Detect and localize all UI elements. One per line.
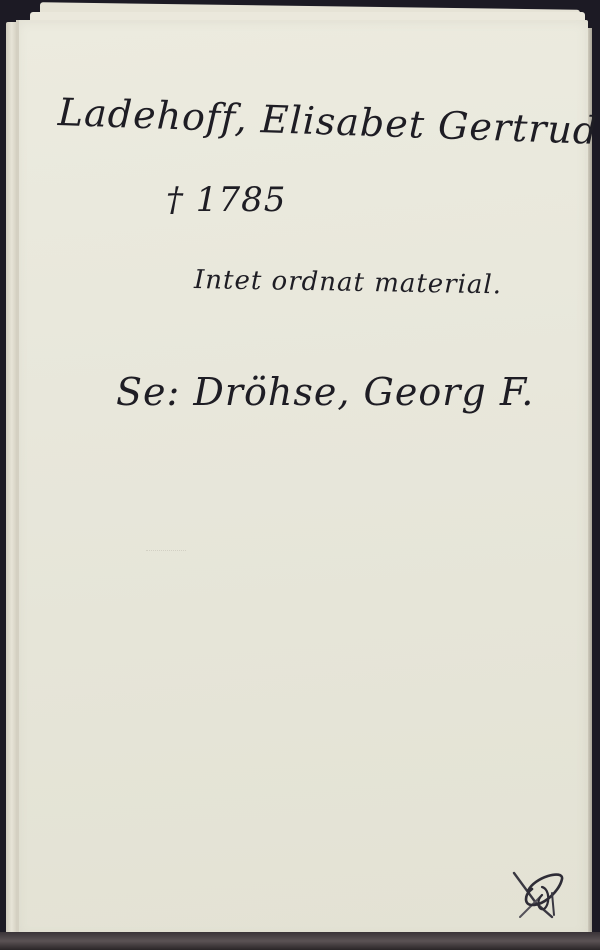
card-death-year-line: † 1785 (166, 180, 286, 220)
card-edge (16, 20, 19, 938)
index-card: Ladehoff, Elisabet Gertrud † 1785 Intet … (16, 20, 588, 938)
card-cross-reference-line: Se: Dröhse, Georg F. (116, 370, 534, 414)
scanner-background-strip (0, 932, 600, 950)
handwritten-monogram-icon (506, 865, 576, 925)
faint-pencil-mark (146, 540, 186, 551)
card-name-line: Ladehoff, Elisabet Gertrud (57, 90, 599, 153)
card-note-line: Intet ordnat material. (194, 265, 503, 300)
